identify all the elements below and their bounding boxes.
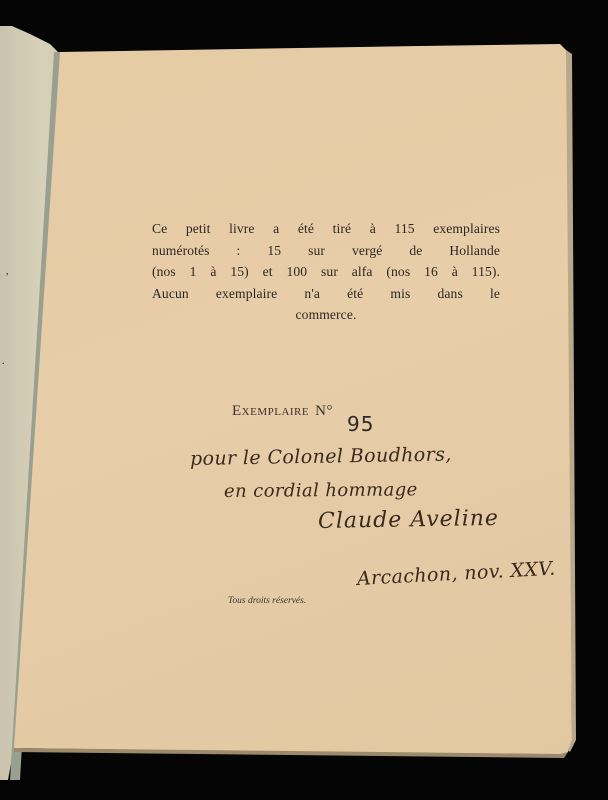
copy-label: ExemplaireN° [232,403,333,420]
colophon-line: commerce. [152,304,500,326]
rights-notice: Tous droits réservés. [228,596,306,606]
copy-label-text: Exemplaire [232,403,309,419]
dedication-line-2: en cordial hommage [224,479,418,502]
limitation-statement: Ce petit livre a été tiré à 115 exemplai… [152,218,500,326]
copy-number: 95 [347,412,374,436]
dedication-line-1: pour le Colonel Boudhors, [190,443,452,470]
right-page [0,0,608,800]
colophon-line: Ce petit livre a été tiré à 115 exemplai… [152,218,500,240]
left-page-mark: . [2,356,5,367]
colophon-line: Aucun exemplaire n'a été mis dans le [152,283,500,305]
copy-no-label: N° [315,403,333,419]
colophon-line: (nos 1 à 15) et 100 sur alfa (nos 16 à 1… [152,261,500,283]
left-page-mark: , [6,266,9,277]
book-photo: , . Ce petit livre a été tiré à 115 exem… [0,0,608,800]
colophon-line: numérotés : 15 sur vergé de Hollande [152,240,500,262]
author-signature: Claude Aveline [318,506,499,534]
